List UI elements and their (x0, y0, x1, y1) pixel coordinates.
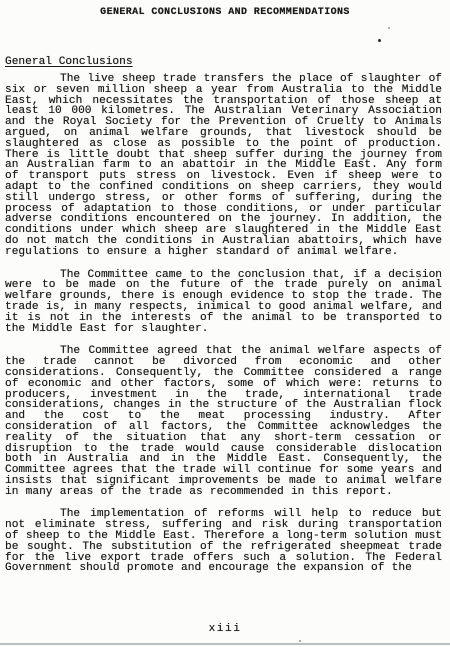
document-body: The live sheep trade transfers the place… (5, 74, 442, 574)
section-heading: General Conclusions (5, 57, 133, 68)
scan-speck (378, 39, 381, 42)
scan-speck (388, 27, 390, 29)
paragraph-1: The live sheep trade transfers the place… (5, 74, 442, 258)
scan-speck (299, 640, 301, 642)
paragraph-3: The Committee agreed that the animal wel… (5, 346, 442, 497)
page-number: xiii (0, 623, 450, 635)
scan-edge-line (0, 643, 450, 645)
paragraph-4: The implementation of reforms will help … (5, 509, 442, 574)
paragraph-2: The Committee came to the conclusion tha… (5, 270, 442, 335)
document-page: GENERAL CONCLUSIONS AND RECOMMENDATIONS … (0, 0, 450, 647)
document-title: GENERAL CONCLUSIONS AND RECOMMENDATIONS (0, 0, 450, 19)
